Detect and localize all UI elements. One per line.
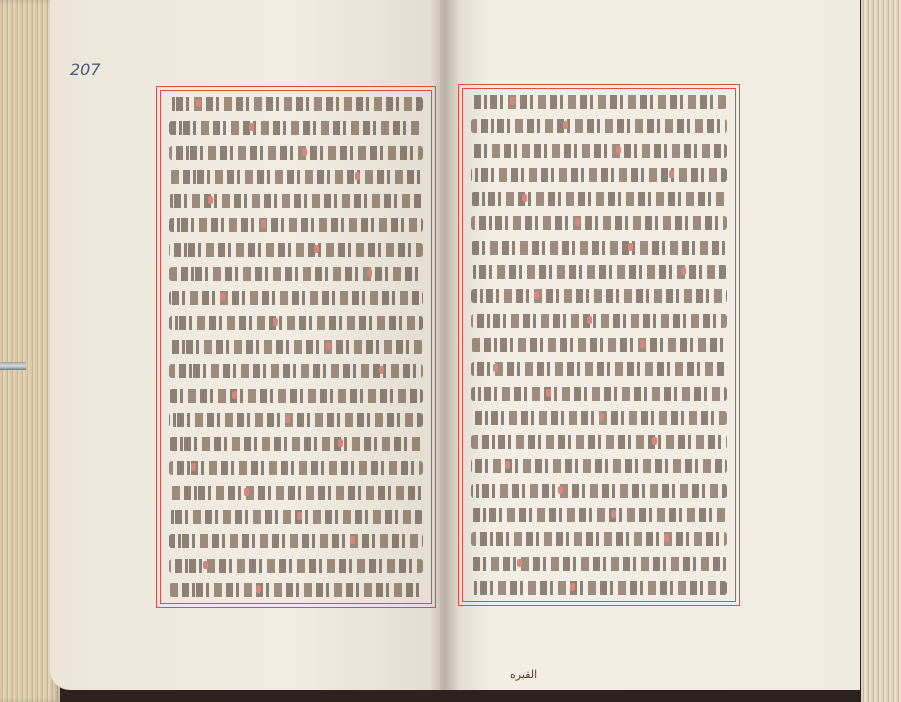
manuscript-text-line [169, 534, 423, 548]
page-number: 207 [70, 60, 101, 79]
rubric-mark [285, 415, 290, 423]
manuscript-text-line [169, 583, 423, 597]
book-fore-edge-right [861, 0, 901, 702]
rubric-mark [379, 366, 384, 374]
manuscript-text-line [169, 413, 423, 427]
rubric-mark [203, 561, 208, 569]
manuscript-text-line [169, 243, 423, 257]
rubric-mark [273, 318, 278, 326]
rubric-mark [208, 196, 213, 204]
rubric-mark [261, 220, 266, 228]
rubric-mark [256, 585, 261, 593]
manuscript-text-line [471, 241, 727, 255]
manuscript-text-line [471, 557, 727, 571]
manuscript-text-line [169, 340, 423, 354]
rubric-mark [326, 342, 331, 350]
book-gutter [430, 0, 460, 690]
manuscript-text-line [169, 97, 423, 111]
manuscript-text-line [471, 338, 727, 352]
rubric-mark [249, 123, 254, 131]
manuscript-photo: 207 القبره [0, 0, 901, 702]
rubric-mark [599, 413, 604, 421]
right-text-block [462, 88, 736, 602]
rubric-mark [244, 488, 249, 496]
manuscript-text-line [169, 194, 423, 208]
manuscript-text-line [471, 484, 727, 498]
manuscript-text-line [471, 95, 727, 109]
rubric-mark [570, 583, 575, 591]
rubric-mark [367, 269, 372, 277]
left-text-lines [169, 97, 423, 597]
manuscript-text-line [471, 387, 727, 401]
left-text-block [160, 90, 432, 604]
manuscript-text-line [471, 459, 727, 473]
manuscript-text-line [169, 291, 423, 305]
manuscript-text-line [169, 218, 423, 232]
manuscript-text-line [471, 119, 727, 133]
rubric-mark [232, 391, 237, 399]
manuscript-text-line [471, 435, 727, 449]
manuscript-text-line [169, 364, 423, 378]
rubric-mark [196, 99, 201, 107]
rubric-mark [297, 512, 302, 520]
manuscript-text-line [169, 486, 423, 500]
manuscript-text-line [471, 411, 727, 425]
manuscript-text-line [169, 510, 423, 524]
rubric-mark [350, 536, 355, 544]
manuscript-text-line [169, 389, 423, 403]
manuscript-text-line [169, 461, 423, 475]
rubric-mark [355, 172, 360, 180]
manuscript-text-line [471, 168, 727, 182]
rubric-mark [664, 534, 669, 542]
rubric-mark [640, 340, 645, 348]
rubric-mark [522, 194, 527, 202]
rubric-mark [220, 293, 225, 301]
metal-bookmark [0, 362, 26, 370]
rubric-mark [611, 510, 616, 518]
manuscript-text-line [169, 437, 423, 451]
rubric-mark [546, 389, 551, 397]
rubric-mark [558, 486, 563, 494]
manuscript-text-line [169, 316, 423, 330]
manuscript-text-line [471, 144, 727, 158]
manuscript-text-line [471, 581, 727, 595]
rubric-mark [534, 291, 539, 299]
rubric-mark [628, 243, 633, 251]
rubric-mark [338, 439, 343, 447]
rubric-mark [681, 267, 686, 275]
rubric-mark [505, 461, 510, 469]
manuscript-text-line [471, 532, 727, 546]
rubric-mark [191, 463, 196, 471]
manuscript-text-line [471, 192, 727, 206]
rubric-mark [587, 316, 592, 324]
rubric-mark [616, 146, 621, 154]
manuscript-text-line [471, 314, 727, 328]
rubric-mark [493, 364, 498, 372]
manuscript-text-line [169, 121, 423, 135]
manuscript-text-line [471, 265, 727, 279]
rubric-mark [563, 121, 568, 129]
right-text-lines [471, 95, 727, 595]
manuscript-text-line [471, 289, 727, 303]
manuscript-text-line [169, 146, 423, 160]
manuscript-text-line [169, 170, 423, 184]
manuscript-text-line [471, 508, 727, 522]
manuscript-text-line [471, 216, 727, 230]
rubric-mark [575, 218, 580, 226]
rubric-mark [314, 245, 319, 253]
rubric-mark [517, 559, 522, 567]
rubric-mark [510, 97, 515, 105]
rubric-mark [669, 170, 674, 178]
rubric-mark [302, 148, 307, 156]
rubric-mark [652, 437, 657, 445]
manuscript-text-line [169, 559, 423, 573]
manuscript-text-line [471, 362, 727, 376]
catchword: القبره [510, 668, 537, 681]
manuscript-text-line [169, 267, 423, 281]
